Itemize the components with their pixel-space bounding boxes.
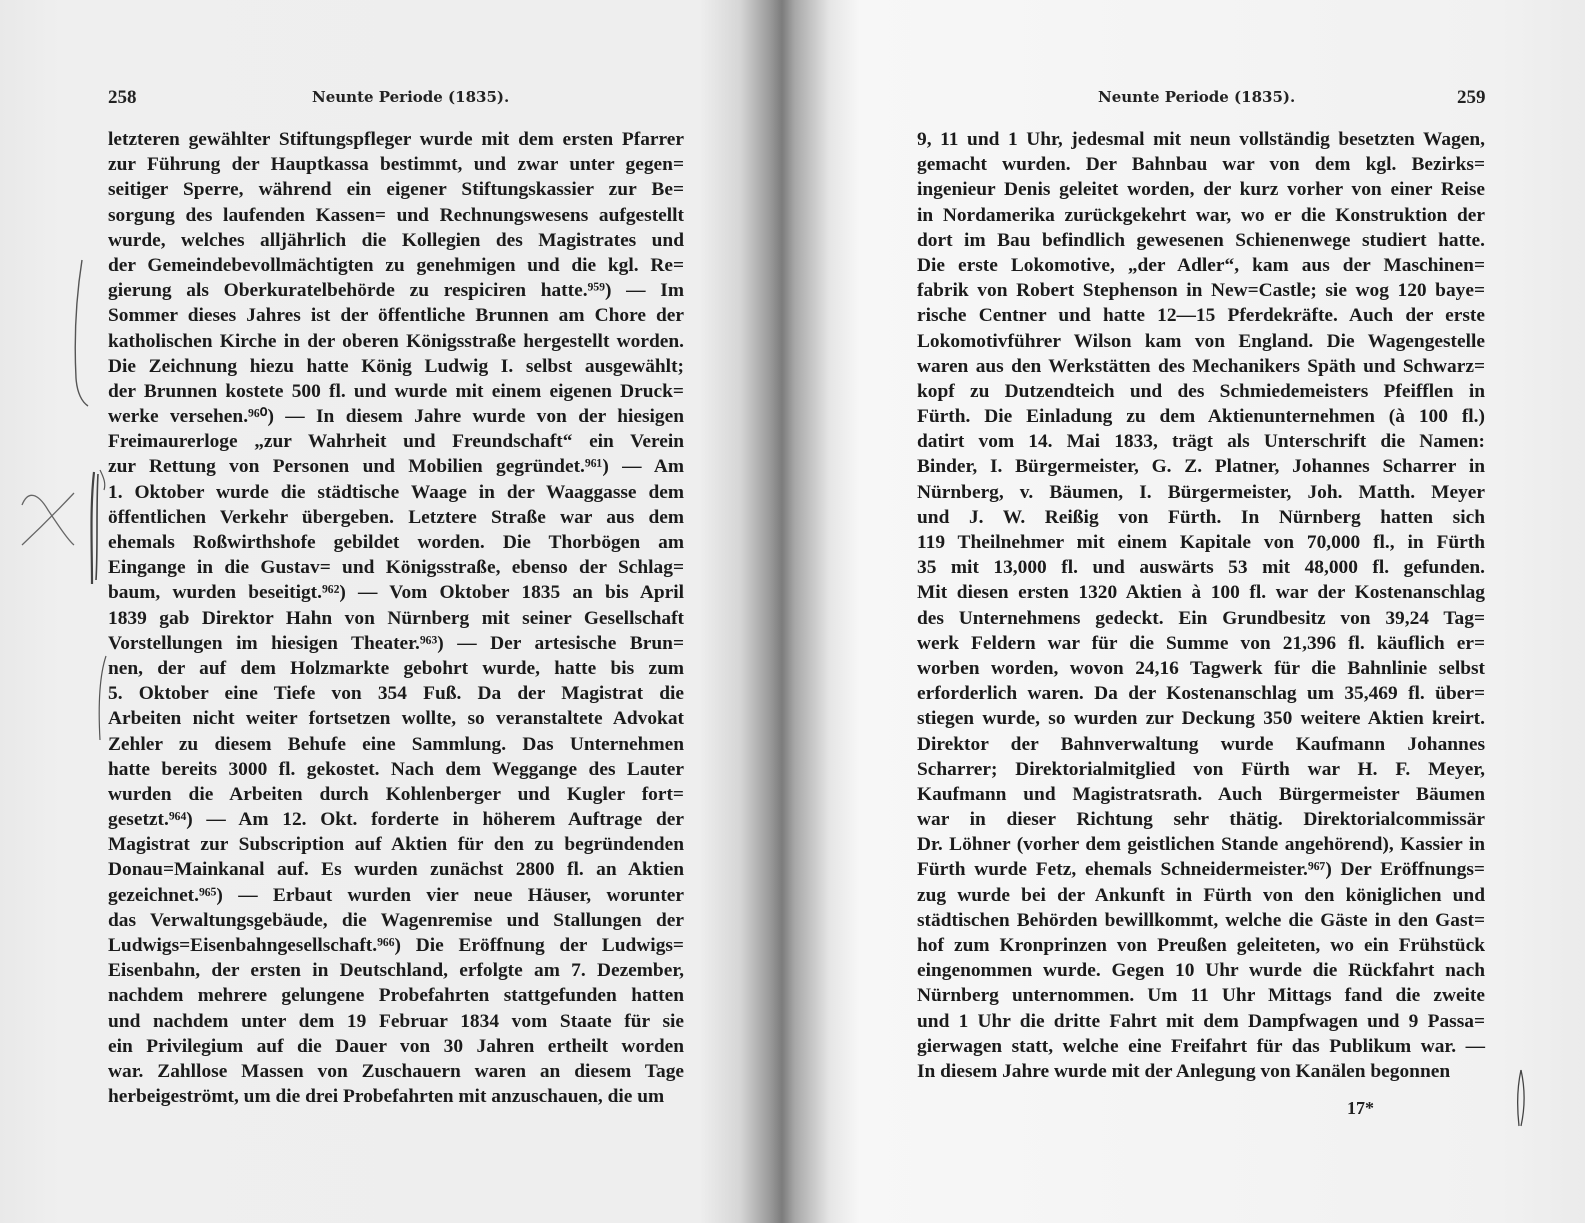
text-line: war. Zahllose Massen von Zuschauern ware… (108, 1059, 684, 1084)
text-line: und 1 Uhr die dritte Fahrt mit dem Dampf… (917, 1009, 1485, 1034)
text-line: Direktor der Bahnverwaltung wurde Kaufma… (917, 732, 1485, 757)
text-line: Sommer dieses Jahres ist der öffentliche… (108, 303, 684, 328)
text-line: Zehler zu diesem Behufe eine Sammlung. D… (108, 732, 684, 757)
text-line: gierung als Oberkuratelbehörde zu respic… (108, 278, 684, 303)
text-line: eingenommen wurde. Gegen 10 Uhr wurde di… (917, 958, 1485, 983)
text-line: dort im Bau befindlich gewesenen Schiene… (917, 228, 1485, 253)
text-line: hof zum Kronprinzen von Preußen geleitet… (917, 933, 1485, 958)
text-line: ein Privilegium auf die Dauer von 30 Jah… (108, 1034, 684, 1059)
right-page: Neunte Periode (1835). 259 9, 11 und 1 U… (780, 0, 1585, 1223)
text-line: des Unternehmens gedeckt. Ein Grundbesit… (917, 606, 1485, 631)
pencil-bracket-icon (70, 258, 90, 408)
book-spread: 258 Neunte Periode (1835). letzteren gew… (0, 0, 1585, 1223)
text-line: 1839 gab Direktor Hahn von Nürnberg mit … (108, 606, 684, 631)
text-line: 5. Oktober eine Tiefe von 354 Fuß. Da de… (108, 681, 684, 706)
text-line: ingenieur Denis geleitet worden, der kur… (917, 177, 1485, 202)
text-line: In diesem Jahre wurde mit der Anlegung v… (917, 1059, 1485, 1084)
text-line: Vorstellungen im hiesigen Theater.⁹⁶³) —… (108, 631, 684, 656)
text-line: erforderlich waren. Da der Kostenanschla… (917, 681, 1485, 706)
text-line: Nürnberg unternommen. Um 11 Uhr Mittags … (917, 983, 1485, 1008)
text-line: städtischen Behörden bewillkommt, welche… (917, 908, 1485, 933)
text-line: Kaufmann und Magistratsrath. Auch Bürger… (917, 782, 1485, 807)
text-line: zug wurde bei der Ankunft in Fürth von d… (917, 883, 1485, 908)
text-line: Die erste Lokomotive, „der Adler“, kam a… (917, 253, 1485, 278)
text-line: werke versehen.⁹⁶⁰) — In diesem Jahre wu… (108, 404, 684, 429)
running-head: Neunte Periode (1835). (1098, 88, 1295, 106)
text-line: nachdem mehrere gelungene Probefahrten s… (108, 983, 684, 1008)
text-line: hatte bereits 3000 fl. gekostet. Nach de… (108, 757, 684, 782)
text-line: Mit diesen ersten 1320 Aktien à 100 fl. … (917, 580, 1485, 605)
text-line: letzteren gewählter Stiftungspfleger wur… (108, 127, 684, 152)
text-line: gesetzt.⁹⁶⁴) — Am 12. Okt. forderte in h… (108, 807, 684, 832)
text-line: baum, wurden beseitigt.⁹⁶²) — Vom Oktobe… (108, 580, 684, 605)
pencil-cross-icon (18, 485, 78, 555)
text-line: katholischen Kirche in der oberen Königs… (108, 329, 684, 354)
text-line: Donau=Mainkanal auf. Es wurden zunächst … (108, 857, 684, 882)
text-line: zur Rettung von Personen und Mobilien ge… (108, 454, 684, 479)
body-text: 9, 11 und 1 Uhr, jedesmal mit neun volls… (917, 127, 1485, 1084)
text-line: in Nordamerika zurückgekehrt war, wo er … (917, 203, 1485, 228)
text-line: Eisenbahn, der ersten in Deutschland, er… (108, 958, 684, 983)
text-line: 119 Theilnehmer mit einem Kapitale von 7… (917, 530, 1485, 555)
text-line: Arbeiten nicht weiter fortsetzen wollte,… (108, 706, 684, 731)
text-line: Scharrer; Direktorialmitglied von Fürth … (917, 757, 1485, 782)
text-line: Binder, I. Bürgermeister, G. Z. Platner,… (917, 454, 1485, 479)
text-line: Fürth wurde Fetz, ehemals Schneidermeist… (917, 857, 1485, 882)
text-line: Dr. Löhner (vorher dem geistlichen Stand… (917, 832, 1485, 857)
signature-mark: 17* (1347, 1098, 1374, 1119)
page-number: 259 (1457, 87, 1486, 109)
text-line: waren aus den Werkstätten des Mechaniker… (917, 354, 1485, 379)
text-line: und nachdem unter dem 19 Februar 1834 vo… (108, 1009, 684, 1034)
text-line: fabrik von Robert Stephenson in New=Cast… (917, 278, 1485, 303)
text-line: ehemals Roßwirthshofe gebildet worden. D… (108, 530, 684, 555)
text-line: gezeichnet.⁹⁶⁵) — Erbaut wurden vier neu… (108, 883, 684, 908)
text-line: Eingange in die Gustav= und Königsstraße… (108, 555, 684, 580)
body-text: letzteren gewählter Stiftungspfleger wur… (108, 127, 684, 1109)
text-line: kopf zu Dutzendteich und des Schmiedemei… (917, 379, 1485, 404)
text-line: datirt vom 14. Mai 1833, trägt als Unter… (917, 429, 1485, 454)
text-line: das Verwaltungsgebäude, die Wagenremise … (108, 908, 684, 933)
text-line: gemacht wurden. Der Bahnbau war von dem … (917, 152, 1485, 177)
text-line: 1. Oktober wurde die städtische Waage in… (108, 480, 684, 505)
text-line: 35 mit 13,000 fl. und auswärts 53 mit 48… (917, 555, 1485, 580)
text-line: herbeigeströmt, um die drei Probefahrten… (108, 1084, 684, 1109)
text-line: wurden die Arbeiten durch Kohlenberger u… (108, 782, 684, 807)
text-line: Lokomotivführer Wilson kam von England. … (917, 329, 1485, 354)
text-line: rische Centner und hatte 12—15 Pferdekrä… (917, 303, 1485, 328)
text-line: sorgung des laufenden Kassen= und Rechnu… (108, 203, 684, 228)
running-head: Neunte Periode (1835). (312, 88, 509, 106)
text-line: Nürnberg, v. Bäumen, I. Bürgermeister, J… (917, 480, 1485, 505)
text-line: öffentlichen Verkehr übergeben. Letztere… (108, 505, 684, 530)
text-line: gierwagen statt, welche eine Freifahrt f… (917, 1034, 1485, 1059)
text-line: Die Zeichnung hiezu hatte König Ludwig I… (108, 354, 684, 379)
text-line: und J. W. Reißig von Fürth. In Nürnberg … (917, 505, 1485, 530)
text-line: worben worden, wovon 24,16 Tagwerk für d… (917, 656, 1485, 681)
text-line: stiegen wurde, so wurden zur Deckung 350… (917, 706, 1485, 731)
text-line: Ludwigs=Eisenbahngesellschaft.⁹⁶⁶) Die E… (108, 933, 684, 958)
text-line: nen, der auf dem Holzmarkte gebohrt wurd… (108, 656, 684, 681)
text-line: werk Feldern war für die Summe von 21,39… (917, 631, 1485, 656)
text-line: wurde, welches alljährlich die Kollegien… (108, 228, 684, 253)
left-page: 258 Neunte Periode (1835). letzteren gew… (0, 0, 780, 1223)
pencil-bracket-icon (1515, 1068, 1529, 1130)
text-line: zur Führung der Hauptkassa bestimmt, und… (108, 152, 684, 177)
text-line: der Brunnen kostete 500 fl. und wurde mi… (108, 379, 684, 404)
text-line: seitiger Sperre, während ein eigener Sti… (108, 177, 684, 202)
page-number: 258 (108, 87, 137, 109)
text-line: Fürth. Die Einladung zu dem Aktienuntern… (917, 404, 1485, 429)
pencil-double-bar-icon (84, 468, 110, 588)
text-line: Freimaurerloge „zur Wahrheit und Freunds… (108, 429, 684, 454)
text-line: 9, 11 und 1 Uhr, jedesmal mit neun volls… (917, 127, 1485, 152)
text-line: Magistrat zur Subscription auf Aktien fü… (108, 832, 684, 857)
text-line: der Gemeindebevollmächtigten zu genehmig… (108, 253, 684, 278)
pencil-bracket-icon (94, 654, 110, 744)
text-line: war in dieser Richtung sehr thätig. Dire… (917, 807, 1485, 832)
